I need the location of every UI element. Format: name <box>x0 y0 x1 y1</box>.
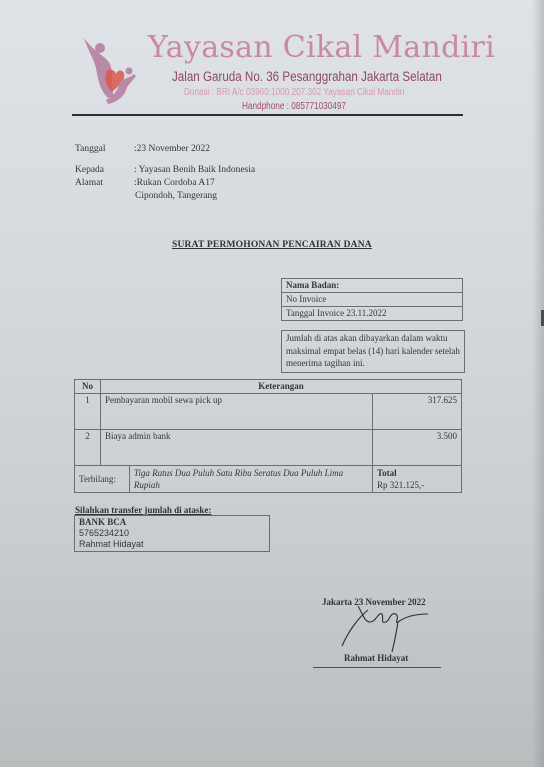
letterhead-divider <box>72 114 463 116</box>
organization-name: Yayasan Cikal Mandiri <box>148 30 495 65</box>
donation-info: Donasi : BRI A/c 03960.1000.207.302 Yaya… <box>184 87 404 98</box>
address-label: Alamat <box>75 178 103 188</box>
document-title: SURAT PERMOHONAN PENCAIRAN DANA <box>172 240 372 250</box>
bank-details-box: BANK BCA 5765234210 Rahmat Hidayat <box>74 515 270 552</box>
row-number: 1 <box>75 394 101 430</box>
table-row: 2 Biaya admin bank 3.500 <box>75 430 462 466</box>
header-description: Keterangan <box>101 380 462 394</box>
signatory-name: Rahmat Hidayat <box>344 653 408 663</box>
date-label: Tanggal <box>75 144 105 154</box>
bank-name: BANK BCA <box>79 517 265 528</box>
row-amount: 317.625 <box>373 394 462 430</box>
address-line-1: :Rukan Cordoba A17 <box>134 178 215 188</box>
invoice-number-label: No Invoice <box>282 293 463 307</box>
items-table: No Keterangan 1 Pembayaran mobil sewa pi… <box>74 379 462 493</box>
parent-child-heart-icon <box>80 34 138 106</box>
recipient-value: : Yayasan Benih Baik Indonesia <box>134 165 255 175</box>
row-description: Pembayaran mobil sewa pick up <box>101 394 373 430</box>
table-row: 1 Pembayaran mobil sewa pick up 317.625 <box>75 394 462 430</box>
invoice-date: Tanggal Invoice 23.11.2022 <box>282 307 463 321</box>
payment-note: Jumlah di atas akan dibayarkan dalam wak… <box>281 330 465 373</box>
transfer-instruction: Silahkan transfer jumlah di ataske: <box>75 505 211 515</box>
invoice-info-table: Nama Badan: No Invoice Tanggal Invoice 2… <box>281 278 463 321</box>
row-number: 2 <box>75 430 101 466</box>
recipient-label: Kepada <box>75 165 104 175</box>
account-number: 5765234210 <box>79 528 265 539</box>
account-name: Rahmat Hidayat <box>79 539 265 550</box>
address-line-2: Cipondoh, Tangerang <box>135 191 217 201</box>
terbilang-text: Tiga Ratus Dua Puluh Satu Ribu Seratus D… <box>129 466 372 493</box>
signature-mark-icon <box>336 592 436 654</box>
paper-edge-shadow <box>532 0 544 767</box>
row-amount: 3.500 <box>373 430 462 466</box>
signature-line <box>313 667 441 668</box>
table-header-row: No Keterangan <box>75 380 462 394</box>
terbilang-row: Terbilang: Tiga Ratus Dua Puluh Satu Rib… <box>75 466 462 493</box>
row-description: Biaya admin bank <box>101 430 373 466</box>
date-value: :23 November 2022 <box>134 144 210 154</box>
total-label: Total <box>377 467 457 479</box>
header-no: No <box>75 380 101 394</box>
total-cell: Total Rp 321.125,- <box>373 466 462 493</box>
organization-address: Jalan Garuda No. 36 Pesanggrahan Jakarta… <box>172 69 442 84</box>
entity-label: Nama Badan: <box>282 279 463 293</box>
organization-phone: Handphone : 085771030497 <box>242 101 346 112</box>
terbilang-label: Terbilang: <box>75 466 130 493</box>
total-value: Rp 321.125,- <box>377 479 457 491</box>
